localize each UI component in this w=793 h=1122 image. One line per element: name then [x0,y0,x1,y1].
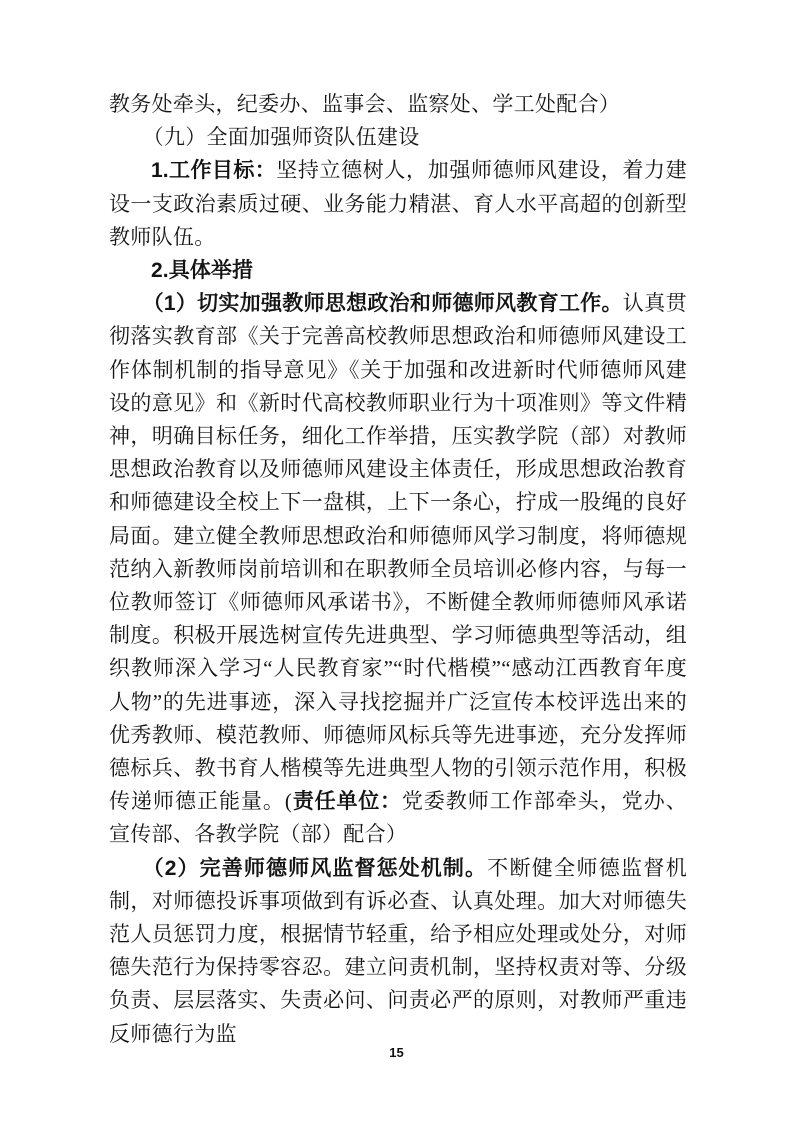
para-work-goal: 1.工作目标：坚持立德树人，加强师德师风建设，着力建设一支政治素质过硬、业务能力… [109,154,687,254]
bold-text-run: 责任单位： [292,790,402,813]
bold-text-run: 2.具体举措 [151,259,253,282]
para-measure-1: （1）切实加强教师思想政治和师德师风教育工作。认真贯彻落实教育部《关于完善高校教… [109,287,687,851]
para-continuation: 教务处牵头，纪委办、监事会、监察处、学工处配合） [109,88,687,121]
heading-section-9: （九）全面加强师资队伍建设 [109,121,687,154]
text-run: （九）全面加强师资队伍建设 [143,125,420,149]
heading-specific-measures: 2.具体举措 [109,254,687,287]
text-run: 教务处牵头，纪委办、监事会、监察处、学工处配合） [109,92,620,116]
bold-text-run: （1）切实加强教师思想政治和师德师风教育工作。 [143,292,623,315]
para-measure-2: （2）完善师德师风监督惩处机制。不断健全师德监督机制，对师德投诉事项做到有诉必查… [109,852,687,1051]
page-number: 15 [0,1045,793,1060]
document-page: 教务处牵头，纪委办、监事会、监察处、学工处配合）（九）全面加强师资队伍建设1.工… [0,0,793,1122]
bold-text-run: （2）完善师德师风监督惩处机制。 [143,857,488,880]
text-run: 不断健全师德监督机制，对师德投诉事项做到有诉必查、认真处理。加大对师德失范人员惩… [109,856,687,1046]
bold-text-run: 1.工作目标： [151,159,276,182]
document-body: 教务处牵头，纪委办、监事会、监察处、学工处配合）（九）全面加强师资队伍建设1.工… [109,88,687,1051]
text-run: 认真贯彻落实教育部《关于完善高校教师思想政治和师德师风建设工作体制机制的指导意见… [109,291,687,813]
